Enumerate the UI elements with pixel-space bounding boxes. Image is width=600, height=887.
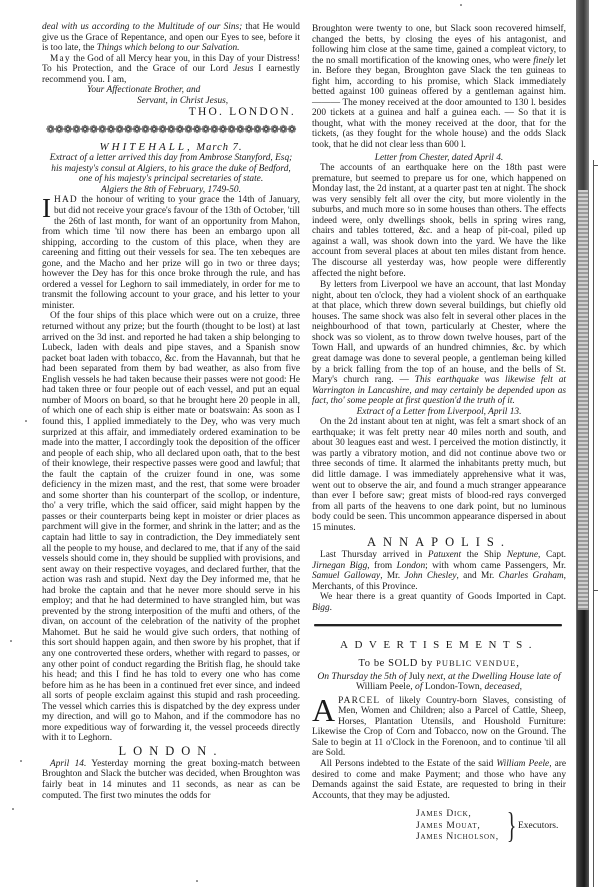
advert-body-1: A PARCEL of likely Country-born Slaves, … xyxy=(312,696,566,759)
signoff-line-1: Your Affectionate Brother, and xyxy=(42,85,300,96)
passenger-name: Samuel Galloway xyxy=(312,571,380,581)
annapolis-text: , Mr. xyxy=(380,571,404,581)
edge-tick xyxy=(593,165,598,166)
prayer-smallcaps: May xyxy=(50,54,71,64)
whitehall-dateline: WHITEHALL, March 7. xyxy=(42,142,300,154)
advert-text: All Persons indebted to the Estate of th… xyxy=(320,759,496,769)
opening-italic-1: deal with us according to the Multitude … xyxy=(42,22,242,32)
whitehall-body-2: Of the four ships of this place which we… xyxy=(42,311,300,743)
when-text: , deceased, xyxy=(480,681,522,692)
place-patuxent: Patuxent xyxy=(428,550,461,560)
annapolis-heading: ANNAPOLIS. xyxy=(312,536,566,549)
london-continuation: Broughton were twenty to one, but Slack … xyxy=(312,24,566,151)
page-binding-edge xyxy=(574,0,600,887)
london-cont-italic: finely xyxy=(533,56,554,66)
executor-name: James Dick, xyxy=(416,809,499,821)
chester-heading: Letter from Chester, dated April 4. xyxy=(312,153,566,164)
binding-highlight xyxy=(578,190,588,610)
whitehall-body-1-text: the honour of writing to your grace the … xyxy=(42,195,300,310)
annapolis-text: . xyxy=(330,603,332,613)
executors-label: Executors. xyxy=(518,821,558,832)
sale-when: On Thursday the 5th of July next, at the… xyxy=(312,672,566,693)
executor-name: James Nicholson, xyxy=(416,832,499,844)
prayer-paragraph: May the God of all Mercy hear you, in th… xyxy=(42,54,300,86)
page-edge-line xyxy=(593,160,594,887)
brace-icon: } xyxy=(507,809,517,841)
left-column: deal with us according to the Multitude … xyxy=(42,22,300,801)
liverpool-text: By letters from Liverpool we have an acc… xyxy=(312,280,566,385)
advert-body-2: All Persons indebted to the Estate of th… xyxy=(312,759,566,801)
passenger-name: John Chesley xyxy=(404,571,456,581)
whitehall-body-caps: HAD xyxy=(54,195,78,205)
liverpool-extract-body: On the 2d instant about ten at night, wa… xyxy=(312,417,566,533)
binding-shadow-lower xyxy=(577,610,589,887)
advert-text: of likely Country-born Slaves, consistin… xyxy=(312,696,566,759)
annapolis-text: Last Thursday arrived in xyxy=(320,550,428,560)
executor-name: James Mouat, xyxy=(416,821,499,833)
drop-cap-i: I xyxy=(42,196,54,219)
london-cont-text-2: let in. Before they began, Broughton gav… xyxy=(312,56,566,150)
executors-block: James Dick, James Mouat, James Nicholson… xyxy=(312,809,566,845)
month: July xyxy=(409,671,425,682)
right-column: Broughton were twenty to one, but Slack … xyxy=(312,24,566,845)
whitehall-dated: Algiers the 8th of February, 1749-50. xyxy=(42,185,300,196)
prayer-italic: Jesus xyxy=(233,64,253,74)
opening-paragraph: deal with us according to the Multitude … xyxy=(42,22,300,54)
sale-text: To be SOLD by xyxy=(358,658,436,669)
town-name: London-Town xyxy=(425,681,480,692)
section-rule xyxy=(314,624,562,626)
deceased-name: William Peele xyxy=(496,759,549,769)
whitehall-extract-heading: Extract of a letter arrived this day fro… xyxy=(42,153,300,185)
annapolis-text: the Ship xyxy=(461,550,507,560)
whitehall-place: WHITEHALL, xyxy=(100,141,193,153)
whitehall-date: March 7. xyxy=(196,142,242,153)
advert-caps: PARCEL xyxy=(338,696,380,706)
london-date: April 14. xyxy=(50,759,86,769)
deceased-name: William Peele xyxy=(356,681,410,692)
annapolis-text: , Capt. xyxy=(538,550,566,560)
signoff-line-2: Servant, in Christ Jesus, xyxy=(42,96,300,107)
annapolis-para-1: Last Thursday arrived in Patuxent the Sh… xyxy=(312,550,566,592)
when-text: , of xyxy=(410,681,425,692)
whitehall-body-1: IHAD the honour of writing to your grace… xyxy=(42,195,300,311)
chester-body: The accounts of an earthquake here on th… xyxy=(312,163,566,279)
when-text: On Thursday the 5th of xyxy=(317,671,408,682)
advertisements-heading: ADVERTISEMENTS. xyxy=(312,640,566,651)
sale-text: , xyxy=(516,658,519,669)
signature: THO. LONDON. xyxy=(42,107,300,118)
when-text: next, at the Dwelling House late of xyxy=(425,671,561,682)
annapolis-text: ; with whom came Passengers, Mr. xyxy=(425,561,566,571)
opening-italic-2: Things which belong to our Salvation. xyxy=(97,43,240,53)
drop-cap-a: A xyxy=(312,696,338,723)
london-heading: LONDON. xyxy=(42,745,300,758)
annapolis-text: We hear there is a great quantity of Goo… xyxy=(320,592,566,602)
place-london: London xyxy=(397,561,426,571)
annapolis-para-2: We hear there is a great quantity of Goo… xyxy=(312,592,566,613)
annapolis-text: , and Mr. xyxy=(457,571,499,581)
ship-name: Neptune xyxy=(507,550,538,560)
ornamental-divider: ❁❁❁❁❁❁❁❁❁❁❁❁❁❁❁❁❁❁❁❁❁❁❁❁❁❁❁❁❁ xyxy=(42,124,300,136)
passenger-name: Charles Graham xyxy=(499,571,564,581)
liverpool-extract-heading: Extract of a Letter from Liverpool, Apri… xyxy=(312,407,566,418)
liverpool-body: By letters from Liverpool we have an acc… xyxy=(312,280,566,407)
edge-tick xyxy=(593,590,598,591)
executor-names: James Dick, James Mouat, James Nicholson… xyxy=(416,809,499,844)
captain-name: Bigg xyxy=(312,603,330,613)
sale-smallcaps: Public Vendue xyxy=(436,658,516,668)
london-cont-text-1: Broughton were twenty to one, but Slack … xyxy=(312,24,566,66)
sale-heading: To be SOLD by Public Vendue, xyxy=(312,658,566,670)
annapolis-text: , from xyxy=(367,561,396,571)
london-body: April 14. Yesterday morning the great bo… xyxy=(42,759,300,801)
captain-name: Jirnegan Bigg xyxy=(312,561,367,571)
